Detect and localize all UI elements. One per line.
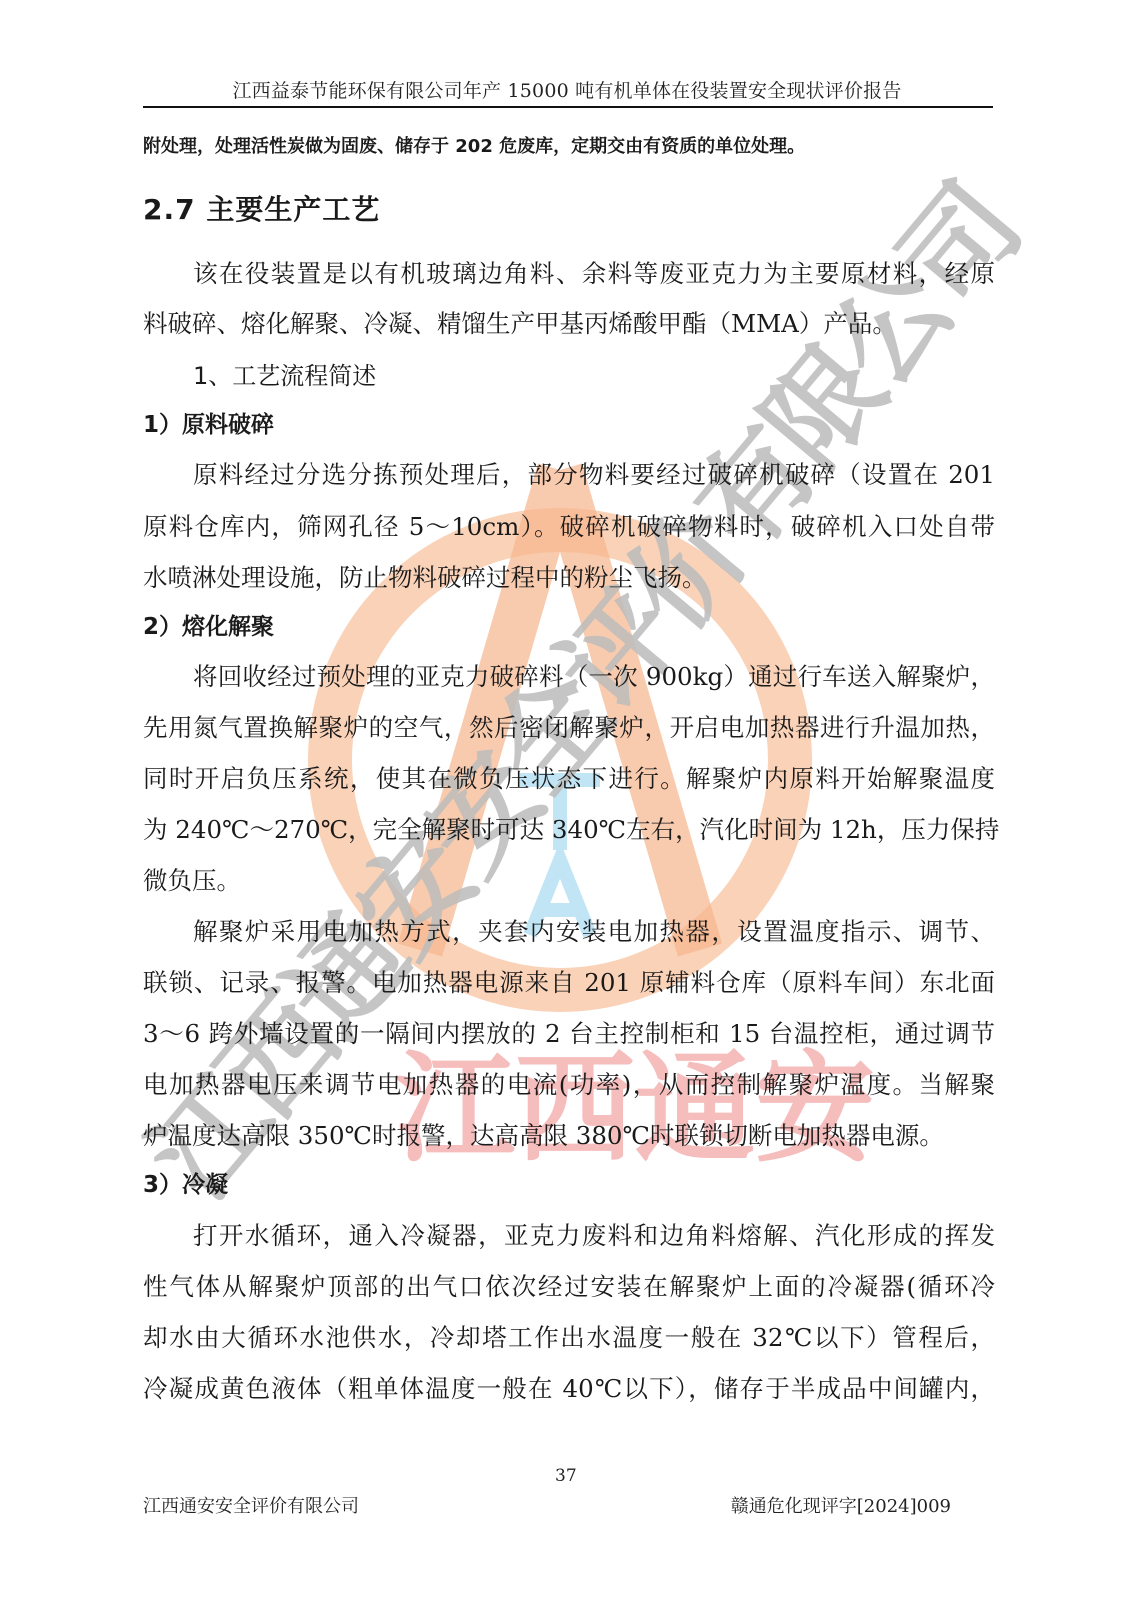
paragraph-line: 原料经过分选分拣预处理后，部分物料要经过破碎机破碎（设置在 201 bbox=[143, 456, 995, 491]
paragraph-line: 打开水循环，通入冷凝器，亚克力废料和边角料熔解、汽化形成的挥发 bbox=[143, 1217, 995, 1252]
paragraph-line: 却水由大循环水池供水，冷却塔工作出水温度一般在 32℃以下）管程后， bbox=[143, 1319, 995, 1354]
paragraph-line: 先用氮气置换解聚炉的空气，然后密闭解聚炉，开启电加热器进行升温加热， bbox=[143, 709, 995, 744]
paragraph-line: 电加热器电压来调节电加热器的电流(功率)，从而控制解聚炉温度。当解聚 bbox=[143, 1066, 995, 1101]
paragraph-line: 原料仓库内，筛网孔径 5～10cm）。破碎机破碎物料时，破碎机入口处自带 bbox=[143, 508, 995, 543]
paragraph-line: 同时开启负压系统，使其在微负压状态下进行。解聚炉内原料开始解聚温度 bbox=[143, 760, 995, 795]
running-header: 江西益泰节能环保有限公司年产 15000 吨有机单体在役装置安全现状评价报告 bbox=[143, 76, 991, 103]
paragraph-line: 水喷淋处理设施，防止物料破碎过程中的粉尘飞扬。 bbox=[143, 559, 707, 594]
paragraph-line: 将回收经过预处理的亚克力破碎料（一次 900kg）通过行车送入解聚炉， bbox=[143, 658, 995, 693]
paragraph-line: 性气体从解聚炉顶部的出气口依次经过安装在解聚炉上面的冷凝器(循环冷 bbox=[143, 1268, 995, 1303]
paragraph-line: 3～6 跨外墙设置的一隔间内摆放的 2 台主控制柜和 15 台温控柜，通过调节 bbox=[143, 1015, 995, 1050]
step-title: 2）熔化解聚 bbox=[143, 608, 274, 641]
footer-company: 江西通安安全评价有限公司 bbox=[143, 1492, 359, 1518]
subsection-title: 1、工艺流程简述 bbox=[143, 356, 376, 391]
header-divider bbox=[143, 106, 993, 108]
paragraph-line: 联锁、记录、报警。电加热器电源来自 201 原辅料仓库（原料车间）东北面 bbox=[143, 964, 995, 999]
intro-line: 该在役装置是以有机玻璃边角料、余料等废亚克力为主要原材料，经原 bbox=[143, 255, 995, 290]
logo-letters bbox=[520, 780, 600, 935]
page-number: 37 bbox=[555, 1466, 577, 1486]
section-title: 2.7 主要生产工艺 bbox=[143, 188, 380, 228]
step-title: 3）冷凝 bbox=[143, 1166, 228, 1199]
continuation-text: 附处理，处理活性炭做为固废、储存于 202 危废库，定期交由有资质的单位处理。 bbox=[143, 132, 805, 158]
company-seal-watermark: 江西通安 江西通安安全评价有限公司 bbox=[0, 0, 1131, 1600]
intro-line: 料破碎、熔化解聚、冷凝、精馏生产甲基丙烯酸甲酯（MMA）产品。 bbox=[143, 305, 897, 340]
paragraph-line: 解聚炉采用电加热方式，夹套内安装电加热器，设置温度指示、调节、 bbox=[143, 913, 995, 948]
document-page: 江西通安 江西通安安全评价有限公司 江西益泰节能环保有限公司年产 15000 吨… bbox=[0, 0, 1131, 1600]
paragraph-line: 冷凝成黄色液体（粗单体温度一般在 40℃以下），储存于半成品中间罐内， bbox=[143, 1370, 995, 1405]
footer-doc-number: 赣通危化现评字[2024]009 bbox=[731, 1492, 951, 1518]
paragraph-line: 炉温度达高限 350℃时报警，达高高限 380℃时联锁切断电加热器电源。 bbox=[143, 1117, 944, 1152]
paragraph-line: 为 240℃～270℃，完全解聚时可达 340℃左右，汽化时间为 12h，压力保… bbox=[143, 811, 995, 846]
paragraph-line: 微负压。 bbox=[143, 862, 241, 897]
watermark-red-text: 江西通安 bbox=[395, 1040, 875, 1179]
step-title: 1）原料破碎 bbox=[143, 406, 274, 439]
